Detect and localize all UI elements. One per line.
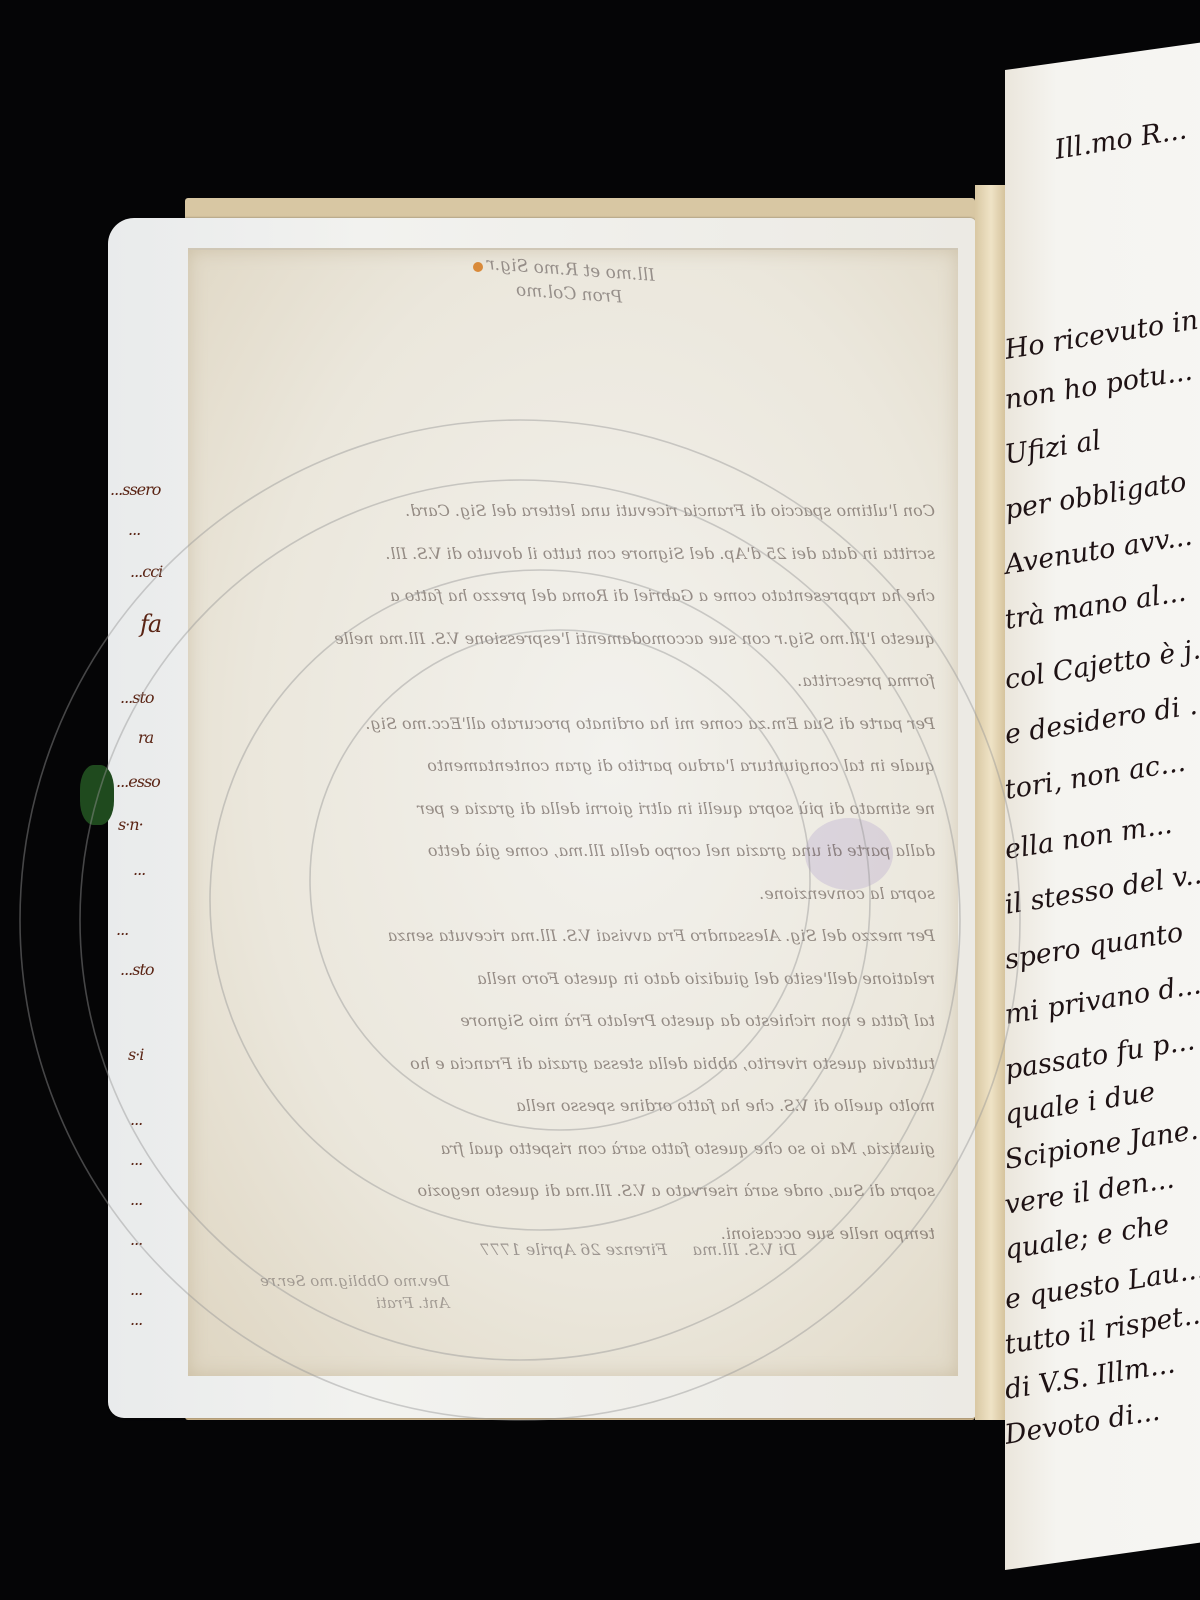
- margin-fragment: ...: [130, 1230, 142, 1249]
- margin-fragment: ra: [138, 728, 153, 747]
- closing-text: Di V.S. Ill.ma: [692, 1240, 796, 1259]
- margin-fragment: fa: [140, 610, 161, 638]
- margin-fragment: ...: [130, 1150, 142, 1169]
- margin-fragment: ...: [130, 1310, 142, 1329]
- body-line: che ha rappresentato come a Gabriel di R…: [205, 575, 935, 618]
- margin-fragment: s·n·: [118, 815, 143, 834]
- body-line: sopra di Sua, onde sarà riservato a V.S.…: [205, 1170, 935, 1213]
- body-line: sopra la convenzione.: [205, 873, 935, 916]
- body-line: dalla parte di una grazia nel corpo dell…: [205, 830, 935, 873]
- body-line: Con l'ultimo spaccio di Francia ricevuti…: [205, 490, 935, 533]
- margin-fragment: ...: [130, 1280, 142, 1299]
- date-text: Firenze 26 Aprile 1777: [480, 1240, 667, 1259]
- manuscript-photo: Ill.mo et R.mo Sig.r Pron Col.mo Con l'u…: [0, 0, 1200, 1600]
- margin-fragment: ...sto: [120, 688, 154, 707]
- left-margin-strip: ...ssero ... ...cci fa ...sto ra ...esso…: [108, 470, 178, 1370]
- margin-fragment: ...: [116, 920, 128, 939]
- margin-fragment: ...: [130, 1110, 142, 1129]
- body-line: scritta in data dei 25 d'Ap. del Signore…: [205, 533, 935, 576]
- body-line: Per parte di Sua Em.za come mi ha ordina…: [205, 703, 935, 746]
- body-line: relatione dell'esito del giudizio dato i…: [205, 958, 935, 1001]
- margin-fragment: ...cci: [130, 562, 162, 581]
- body-line: tal fatta e non richiesto da questo Prel…: [205, 1000, 935, 1043]
- body-line: ne stimato di più sopra quelli in altri …: [205, 788, 935, 831]
- signature-line: Ant. Frati: [260, 1292, 449, 1314]
- margin-fragment: ...: [130, 1190, 142, 1209]
- left-page-body: Con l'ultimo spaccio di Francia ricevuti…: [205, 490, 935, 1255]
- body-line: Per mezzo del Sig. Alessandro Fra avvisa…: [205, 915, 935, 958]
- left-page-signature: Dev.mo Obblig.mo Ser.re Ant. Frati: [260, 1270, 449, 1314]
- margin-fragment: s·i: [128, 1045, 143, 1064]
- margin-fragment: ...: [133, 860, 145, 879]
- body-line: giustizia, Ma io so che questo fatto sar…: [205, 1128, 935, 1171]
- signature-line: Dev.mo Obblig.mo Ser.re: [260, 1270, 449, 1292]
- margin-fragment: ...: [128, 520, 140, 539]
- margin-fragment: ...esso: [116, 772, 160, 791]
- left-page-date: Di V.S. Ill.ma Firenze 26 Aprile 1777: [480, 1240, 796, 1259]
- body-line: quale in tal congiuntura l'arduo partito…: [205, 745, 935, 788]
- margin-fragment: ...ssero: [110, 480, 160, 499]
- margin-fragment: ...sto: [120, 960, 154, 979]
- body-line: tuttavia questo riverito, abbia della st…: [205, 1043, 935, 1086]
- body-line: questo l'Ill.mo Sig.r con sue accomodame…: [205, 618, 935, 661]
- body-line: molto quello di V.S. che ha fatto ordine…: [205, 1085, 935, 1128]
- body-line: forma prescritta.: [205, 660, 935, 703]
